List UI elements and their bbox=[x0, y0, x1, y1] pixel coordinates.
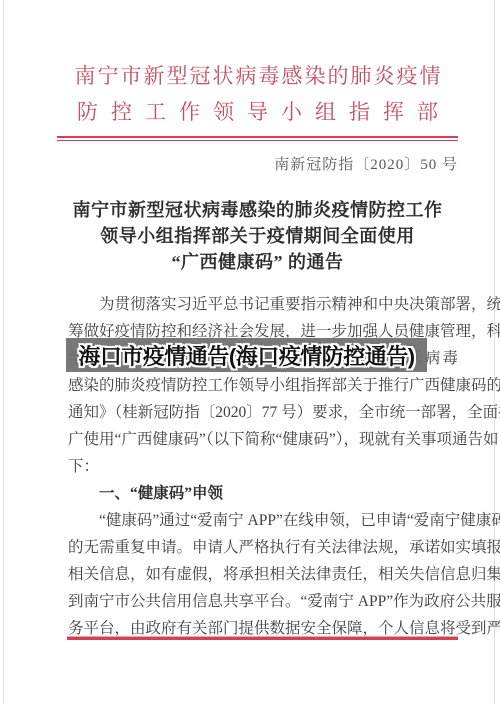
document-content: 南宁市新型冠状病毒感染的肺炎疫情 防控工作领导小组指挥部 南新冠防指〔2020〕… bbox=[0, 0, 500, 642]
document-number: 南新冠防指〔2020〕50 号 bbox=[57, 155, 458, 175]
letterhead-line1: 南宁市新型冠状病毒感染的肺炎疫情 bbox=[57, 58, 458, 94]
paragraph1-line1: 为贯彻落实习近平总书记重要指示精神和中央决策部署，统 bbox=[68, 291, 442, 318]
paragraph2-line2: 的无需重复申请。申请人严格执行有关法律法规，承诺如实填报 bbox=[68, 534, 442, 561]
paragraph2-line1: “健康码”通过“爱南宁 APP”在线申领，已申请“爱南宁健康码” bbox=[68, 507, 442, 534]
section-heading-1: 一、“健康码”申领 bbox=[68, 480, 442, 507]
letterhead-double-rule bbox=[57, 136, 458, 141]
watermark-overlay-band: 海口市疫情通告(海口疫情防控通告) bbox=[66, 338, 427, 372]
notice-title-line2: 领导小组指挥部关于疫情期间全面使用 bbox=[57, 223, 458, 249]
letterhead-line2: 防控工作领导小组指挥部 bbox=[57, 94, 458, 130]
scanned-document-page: 南宁市新型冠状病毒感染的肺炎疫情 防控工作领导小组指挥部 南新冠防指〔2020〕… bbox=[0, 0, 500, 704]
watermark-overlay-text: 海口市疫情通告(海口疫情防控通告) bbox=[78, 340, 414, 371]
notice-title-line1: 南宁市新型冠状病毒感染的肺炎疫情防控工作 bbox=[57, 197, 458, 223]
paragraph1-line5: 通知》（桂新冠防指〔2020〕77 号）要求，全市统一部署，全面推 bbox=[68, 399, 442, 426]
paragraph1-line4: 感染的肺炎疫情防控工作领导小组指挥部关于推行广西健康码的 bbox=[68, 372, 442, 399]
notice-title: 南宁市新型冠状病毒感染的肺炎疫情防控工作 领导小组指挥部关于疫情期间全面使用 “… bbox=[57, 197, 458, 275]
letterhead: 南宁市新型冠状病毒感染的肺炎疫情 防控工作领导小组指挥部 bbox=[57, 58, 458, 130]
notice-title-line3: “广西健康码” 的通告 bbox=[57, 249, 458, 275]
paragraph2-line4: 到南宁市公共信用信息共享平台。“爱南宁 APP”作为政府公共服 bbox=[68, 588, 442, 615]
footer-red-rule bbox=[67, 636, 458, 640]
paragraph2-line3: 相关信息，如有虚假，将承担相关法律责任，相关失信信息归集 bbox=[68, 561, 442, 588]
paragraph1-line6: 广使用“广西健康码”（以下简称“健康码”），现就有关事项通告如 bbox=[68, 426, 442, 453]
paragraph1-line7: 下： bbox=[68, 453, 442, 480]
